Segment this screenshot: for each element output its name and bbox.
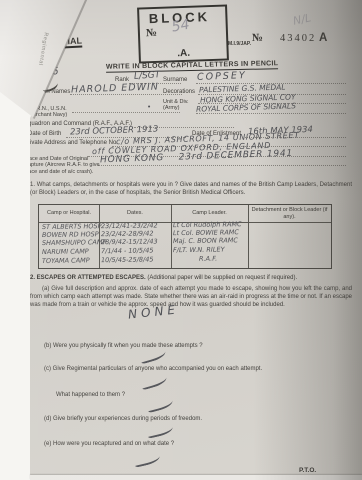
- block-stamp-no-label: №: [146, 27, 157, 39]
- dotted-line: [196, 112, 346, 114]
- instruction-header: WRITE IN BLOCK CAPITAL LETTERS IN PENCIL: [106, 60, 279, 73]
- margin-note-handwritten: JAPAN HONG KONG: [10, 173, 19, 329]
- pencil-note-top-right: N/L: [292, 11, 312, 27]
- camp-cell: SHAMSHUIPO CAMP: [42, 238, 106, 247]
- question-2a-text: (a) Give full description and approx. da…: [30, 286, 352, 309]
- question-1-text: 1. What camps, detachments or hospitals …: [30, 182, 352, 198]
- col-header-dates: Dates.: [99, 210, 171, 217]
- serial-letter: A: [319, 32, 327, 44]
- camp-cell: NARUMI CAMP: [42, 247, 89, 256]
- block-number-handwritten: 54: [170, 17, 190, 36]
- camps-table: Camp or Hospital. Dates. Camp Leader. De…: [38, 204, 332, 269]
- underlying-page-edge: [30, 475, 362, 480]
- handwritten-dash: [133, 452, 161, 468]
- camp-cell: TOYAMA CAMP: [42, 256, 90, 265]
- serial-number: 43402: [280, 33, 316, 44]
- mi9-label: M.I.9/JAP.: [228, 41, 251, 47]
- col-header-camp: Camp or Hospital.: [39, 210, 99, 217]
- section-2-heading: 2. ESCAPES OR ATTEMPTED ESCAPES. (Additi…: [30, 275, 352, 281]
- section-2-note: (Additional paper will be supplied on re…: [146, 275, 297, 281]
- serial-no-label: №: [252, 32, 263, 44]
- surname-label: Surname: [163, 77, 187, 84]
- leader-cell: F/LT. W.N. RILEY: [173, 245, 225, 254]
- dates-cell: 7/1/44 - 10/5/45: [101, 246, 154, 255]
- handwritten-dash: [140, 374, 168, 391]
- dates-cell: 10/5/45-25/8/45: [101, 255, 154, 264]
- decorations-label: Decorations: [163, 89, 195, 96]
- fold-reverse-text: Regimental: [37, 32, 49, 66]
- dotted-line: [198, 102, 346, 104]
- question-2c-text: (c) Give Regimental particulars of anyon…: [44, 366, 344, 374]
- question-2b-text: (b) Were you physically fit when you mad…: [44, 343, 344, 351]
- block-stamp-suffix: .A.: [141, 46, 227, 60]
- question-2e-text: (e) How were you recaptured and on what …: [44, 441, 344, 449]
- pto-label: P.T.O.: [299, 467, 316, 474]
- surname-value: COPSEY: [197, 70, 247, 83]
- unit-label: Unit & Div. (Army): [163, 99, 189, 112]
- rank-value: L/SGT: [134, 70, 161, 82]
- capture-label: Place and Date of Original Capture (Airc…: [24, 156, 102, 175]
- dob-label: Date of Birth: [28, 131, 61, 138]
- dotted-line: [98, 164, 346, 166]
- handwritten-dash: [146, 423, 174, 439]
- ship-value: •: [147, 103, 151, 111]
- question-2c2-text: What happened to them ?: [56, 392, 256, 400]
- scanned-form: TIAL BLOCK № 54 .A. M.I.9/JAP. № 43402 A…: [0, 0, 362, 480]
- dates-cell: 28/9/42-15/12/43: [101, 237, 158, 246]
- block-number-stamp: BLOCK № 54 .A.: [137, 4, 229, 63]
- question-2d-text: (d) Give briefly your experiences during…: [44, 416, 344, 424]
- col-header-leader: Camp Leader.: [171, 210, 248, 217]
- leader-cell: R.A.F.: [199, 255, 217, 263]
- leader-cell: Maj. C. BOON RAMC: [173, 236, 238, 245]
- section-2-title: 2. ESCAPES OR ATTEMPTED ESCAPES.: [30, 275, 146, 281]
